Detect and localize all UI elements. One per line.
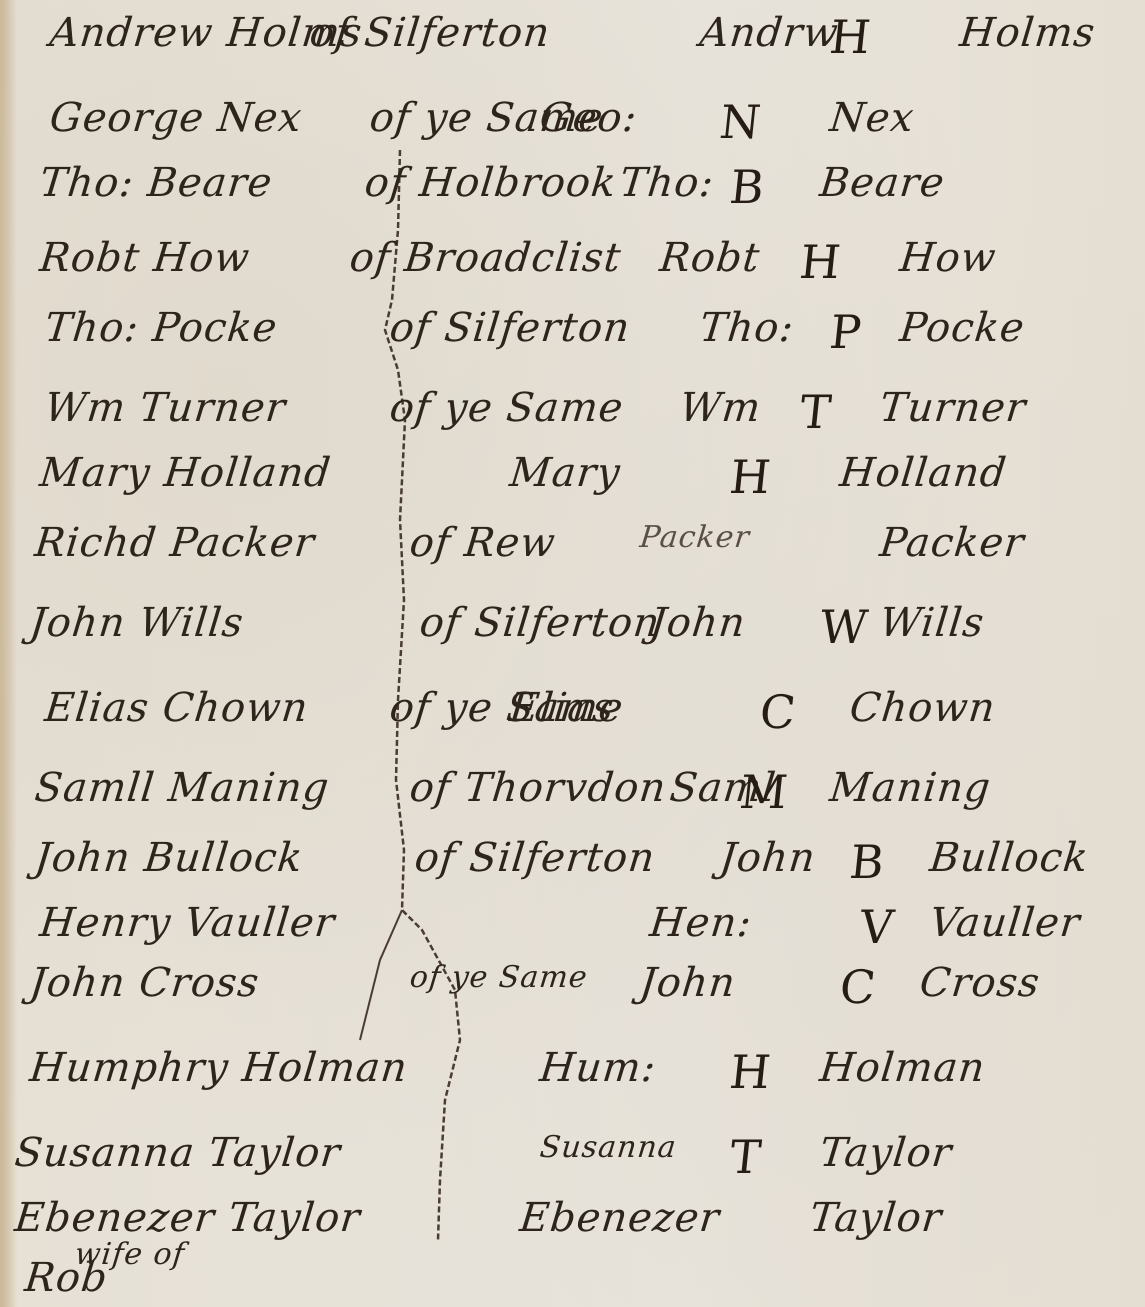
signature-last: Taylor bbox=[818, 1130, 955, 1176]
mark: H bbox=[827, 10, 874, 64]
register-row: Tho: Beare of Holbrook Tho: B Beare bbox=[0, 160, 1145, 220]
register-row: John Bullock of Silferton John B Bullock bbox=[0, 835, 1145, 895]
entry-name: Ebenezer Taylor bbox=[13, 1195, 363, 1241]
mark: C bbox=[837, 960, 879, 1014]
register-row: Samll Maning of Thorvdon Saml M Maning bbox=[0, 765, 1145, 825]
signature-first: Hen: bbox=[648, 900, 755, 946]
signature-first: Hum: bbox=[538, 1045, 659, 1091]
entry-name: Humphry Holman bbox=[28, 1045, 411, 1091]
mark: V bbox=[857, 900, 897, 954]
mark: H bbox=[727, 450, 774, 504]
entry-name: Samll Maning bbox=[33, 765, 332, 811]
entry-name: George Nex bbox=[48, 95, 305, 141]
entry-place: of Silferton bbox=[418, 600, 663, 646]
mark: B bbox=[847, 835, 887, 889]
register-row: Tho: Pocke of Silferton Tho: P Pocke bbox=[0, 305, 1145, 365]
entry-place: of Silferton bbox=[413, 835, 658, 881]
entry-place: of ye Same bbox=[408, 960, 589, 995]
signature-first: Wm bbox=[678, 385, 764, 431]
mark: T bbox=[727, 1130, 764, 1184]
signature-last: Holland bbox=[838, 450, 1010, 496]
entry-name: Tho: Beare bbox=[38, 160, 275, 206]
register-row: Henry Vauller Hen: V Vauller bbox=[0, 900, 1145, 960]
signature-first: Geo: bbox=[538, 95, 640, 141]
entry-place: of Thorvdon bbox=[408, 765, 669, 811]
signature-last: Pocke bbox=[898, 305, 1028, 351]
mark: W bbox=[817, 600, 871, 654]
signature-first: Ebenezer bbox=[518, 1195, 723, 1241]
register-row: John Wills of Silferton John W Wills bbox=[0, 600, 1145, 660]
document-page: Andrew Holms of Silferton Andrw H Holms … bbox=[0, 0, 1145, 1307]
signature-last: How bbox=[898, 235, 999, 281]
signature-last: Beare bbox=[818, 160, 948, 206]
mark: P bbox=[827, 305, 865, 359]
entry-name: Henry Vauller bbox=[38, 900, 338, 946]
register-row: Richd Packer of Rew Packer Packer bbox=[0, 520, 1145, 580]
signature-first: Andrw bbox=[698, 10, 841, 56]
signature-last: Holman bbox=[818, 1045, 988, 1091]
mark: H bbox=[797, 235, 844, 289]
signature-last: Vauller bbox=[928, 900, 1083, 946]
signature-first: Elias bbox=[508, 685, 617, 731]
entry-name: Susanna Taylor bbox=[13, 1130, 343, 1176]
register-row: Robt How of Broadclist Robt H How bbox=[0, 235, 1145, 295]
entry-place: of ye Same bbox=[388, 385, 626, 431]
signature-first: Mary bbox=[508, 450, 623, 496]
register-row: Rob wife of bbox=[0, 1255, 1145, 1307]
signature-last: Packer bbox=[878, 520, 1027, 566]
register-row: George Nex of ye Same Geo: N Nex bbox=[0, 95, 1145, 155]
signature-last: Bullock bbox=[928, 835, 1091, 881]
signature-first: John bbox=[718, 835, 818, 881]
entry-place: of Holbrook bbox=[363, 160, 619, 206]
signature-first: Tho: bbox=[698, 305, 797, 351]
entry-name: Richd Packer bbox=[33, 520, 318, 566]
entry-place: of Silferton bbox=[388, 305, 633, 351]
signature-last: Taylor bbox=[808, 1195, 945, 1241]
entry-place: of Rew bbox=[408, 520, 558, 566]
register-row: John Cross of ye Same John C Cross bbox=[0, 960, 1145, 1020]
entry-name: Mary Holland bbox=[38, 450, 334, 496]
signature-first: Tho: bbox=[618, 160, 717, 206]
mark: C bbox=[757, 685, 799, 739]
entry-name: John Wills bbox=[28, 600, 247, 646]
signature-first: Susanna bbox=[538, 1130, 678, 1165]
mark: T bbox=[797, 385, 834, 439]
signature-last: Cross bbox=[918, 960, 1043, 1006]
signature-last: Wills bbox=[878, 600, 987, 646]
entry-name: Wm Turner bbox=[43, 385, 289, 431]
register-row: Wm Turner of ye Same Wm T Turner bbox=[0, 385, 1145, 445]
overwritten-fragment: Packer bbox=[638, 520, 751, 555]
register-row: Elias Chown of ye Same Elias C Chown bbox=[0, 685, 1145, 745]
mark: B bbox=[727, 160, 767, 214]
signature-last: Chown bbox=[848, 685, 998, 731]
signature-first: John bbox=[648, 600, 748, 646]
signature-first: John bbox=[638, 960, 738, 1006]
register-row: Andrew Holms of Silferton Andrw H Holms bbox=[0, 10, 1145, 70]
entry-name: Robt How bbox=[38, 235, 253, 281]
register-row: Mary Holland Mary H Holland bbox=[0, 450, 1145, 510]
mark: N bbox=[717, 95, 764, 149]
signature-last: Nex bbox=[828, 95, 917, 141]
annotation-wife-of: wife of bbox=[73, 1237, 187, 1272]
signature-first: Robt bbox=[658, 235, 763, 281]
register-row: Humphry Holman Hum: H Holman bbox=[0, 1045, 1145, 1105]
entry-name: Elias Chown bbox=[43, 685, 311, 731]
mark: H bbox=[727, 1045, 774, 1099]
entry-name: Tho: Pocke bbox=[43, 305, 280, 351]
entry-place: of Silferton bbox=[308, 10, 553, 56]
signature-last: Holms bbox=[958, 10, 1098, 56]
mark: M bbox=[737, 765, 791, 819]
entry-name: John Bullock bbox=[33, 835, 306, 881]
signature-last: Turner bbox=[878, 385, 1029, 431]
entry-place: of Broadclist bbox=[348, 235, 624, 281]
signature-last: Maning bbox=[828, 765, 994, 811]
register-row: Susanna Taylor Susanna T Taylor bbox=[0, 1130, 1145, 1190]
entry-name: John Cross bbox=[28, 960, 262, 1006]
